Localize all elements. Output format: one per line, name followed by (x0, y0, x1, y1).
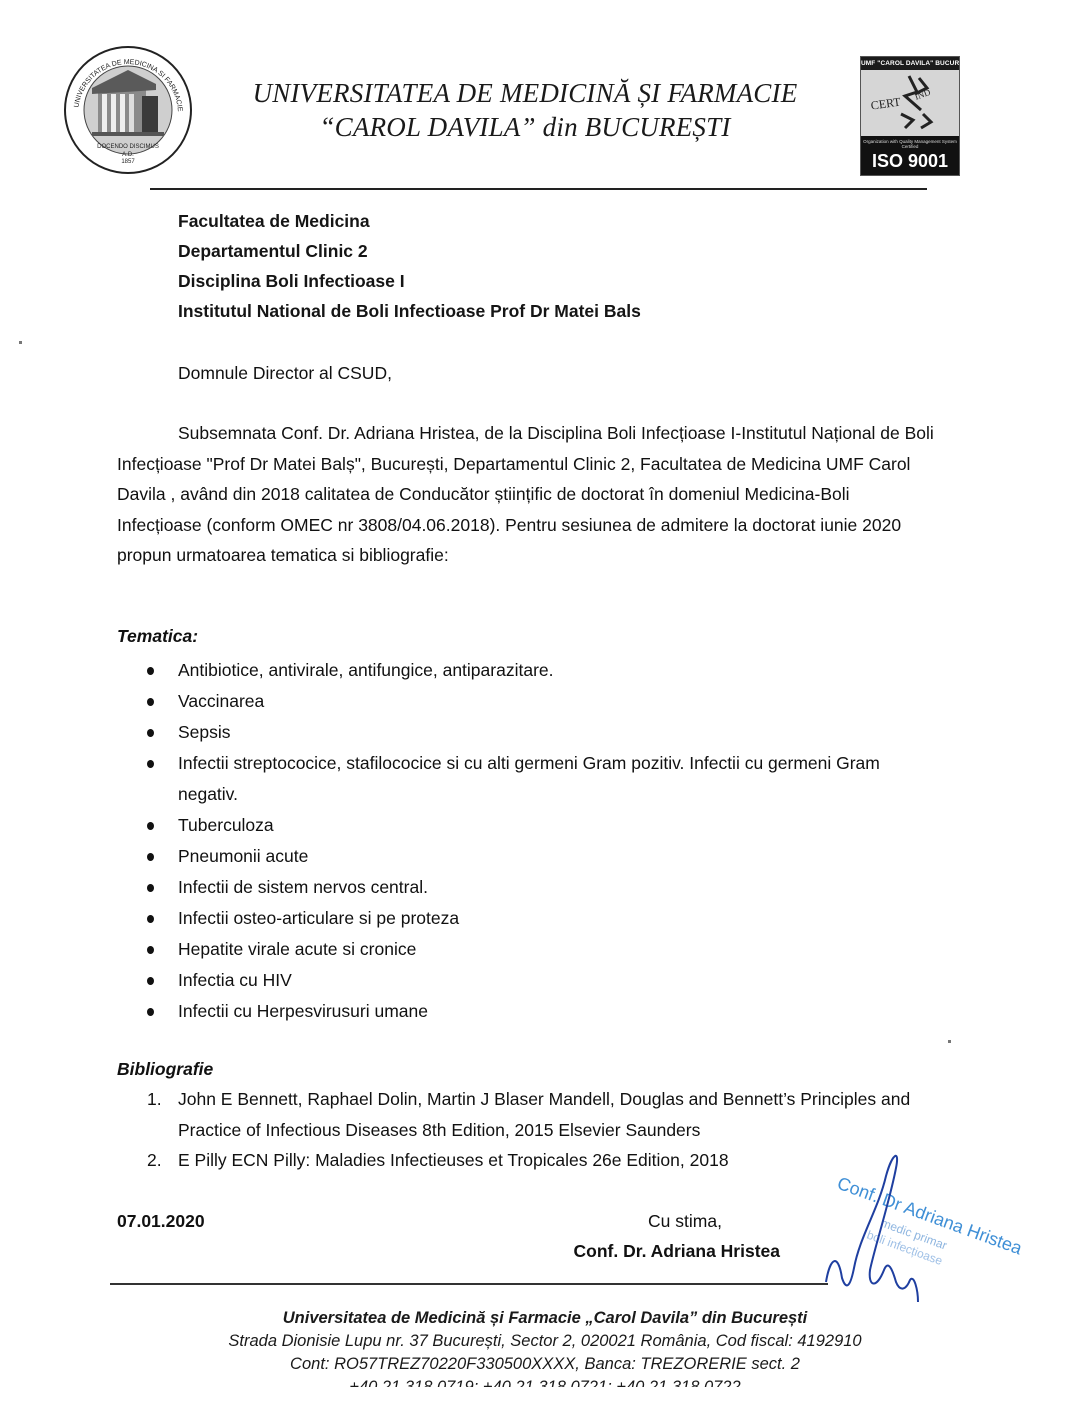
svg-text:DOCENDO DISCIMUS: DOCENDO DISCIMUS (97, 144, 159, 150)
iso-badge-small-text: Organization with Quality Management Sys… (861, 136, 959, 149)
list-item-text: Pneumonii acute (178, 846, 308, 866)
footer-phones: +40.21.318.0719; +40.21.318.0721; +40.21… (120, 1376, 970, 1387)
list-item-text: Infectia cu HIV (178, 970, 292, 990)
bullet-icon (147, 915, 154, 923)
iso-badge-label: ISO 9001 (861, 151, 959, 171)
letter-date: 07.01.2020 (117, 1206, 205, 1236)
bullet-icon (147, 946, 154, 954)
affiliation-block: Facultatea de Medicina Departamentul Cli… (178, 206, 641, 326)
footer-institution: Universitatea de Medicină și Farmacie „C… (120, 1307, 970, 1330)
list-item-text: Infectii de sistem nervos central. (178, 877, 428, 897)
footer-account: Cont: RO57TREZ70220F330500XXXX, Banca: T… (120, 1353, 970, 1376)
bullet-icon (147, 729, 154, 737)
list-item-text: Sepsis (178, 722, 231, 742)
signer-name: Conf. Dr. Adriana Hristea (560, 1236, 780, 1266)
svg-text:1857: 1857 (121, 159, 135, 165)
iso-badge-bottom: Organization with Quality Management Sys… (861, 136, 959, 175)
list-item: Infectii osteo-articulare si pe proteza (147, 903, 937, 934)
reference-number: 1. (147, 1084, 162, 1115)
iso-badge-top-text: UMF "CAROL DAVILA" BUCURESTI (861, 57, 959, 70)
bullet-icon (147, 822, 154, 830)
list-item: Infectii de sistem nervos central. (147, 872, 937, 903)
tematica-list: Antibiotice, antivirale, antifungice, an… (147, 655, 937, 1027)
scan-speck (19, 341, 22, 344)
university-title: UNIVERSITATEA DE MEDICINĂ ȘI FARMACIE “C… (200, 76, 850, 144)
body-paragraph-text: Subsemnata Conf. Dr. Adriana Hristea, de… (117, 423, 934, 565)
bullet-icon (147, 667, 154, 675)
cert-ind-logo-icon: CERT IND (861, 70, 959, 136)
bullet-icon (147, 760, 154, 768)
scan-speck (948, 1040, 951, 1043)
list-item-text: Infectii cu Herpesvirusuri umane (178, 1001, 428, 1021)
affiliation-department: Departamentul Clinic 2 (178, 236, 641, 266)
affiliation-institute: Institutul National de Boli Infectioase … (178, 296, 641, 326)
list-item: Infectia cu HIV (147, 965, 937, 996)
list-item-text: Vaccinarea (178, 691, 264, 711)
affiliation-discipline: Disciplina Boli Infectioase I (178, 266, 641, 296)
list-item: Tuberculoza (147, 810, 937, 841)
reference-item: 1.John E Bennett, Raphael Dolin, Martin … (147, 1084, 937, 1145)
reference-text: John E Bennett, Raphael Dolin, Martin J … (178, 1089, 910, 1140)
body-paragraph: Subsemnata Conf. Dr. Adriana Hristea, de… (117, 418, 937, 571)
svg-text:CERT: CERT (870, 94, 902, 112)
reference-number: 2. (147, 1145, 162, 1176)
closing-block: Cu stima, Conf. Dr. Adriana Hristea (560, 1206, 780, 1266)
bullet-icon (147, 698, 154, 706)
footer-divider (110, 1283, 828, 1285)
university-title-line1: UNIVERSITATEA DE MEDICINĂ ȘI FARMACIE (200, 76, 850, 110)
reference-text: E Pilly ECN Pilly: Maladies Infectieuses… (178, 1150, 729, 1170)
list-item: Pneumonii acute (147, 841, 937, 872)
bibliografie-heading: Bibliografie (117, 1054, 213, 1084)
list-item: Hepatite virale acute si cronice (147, 934, 937, 965)
list-item: Infectii streptococice, stafilococice si… (147, 748, 937, 810)
iso-9001-badge: UMF "CAROL DAVILA" BUCURESTI CERT IND Or… (860, 56, 960, 176)
svg-text:A.D.: A.D. (122, 152, 134, 158)
tematica-heading: Tematica: (117, 621, 198, 651)
bullet-icon (147, 1008, 154, 1016)
list-item-text: Infectii osteo-articulare si pe proteza (178, 908, 459, 928)
list-item-text: Tuberculoza (178, 815, 274, 835)
bullet-icon (147, 977, 154, 985)
list-item: Sepsis (147, 717, 937, 748)
university-seal-icon: DOCENDO DISCIMUS A.D. 1857 UNIVERSITATEA… (62, 44, 194, 176)
list-item: Antibiotice, antivirale, antifungice, an… (147, 655, 937, 686)
university-title-line2: “CAROL DAVILA” din BUCUREȘTI (200, 110, 850, 144)
bullet-icon (147, 884, 154, 892)
list-item: Vaccinarea (147, 686, 937, 717)
list-item-text: Antibiotice, antivirale, antifungice, an… (178, 660, 554, 680)
header-divider (150, 188, 927, 190)
closing-text: Cu stima, (560, 1206, 780, 1236)
affiliation-faculty: Facultatea de Medicina (178, 206, 641, 236)
stamp-and-signature: Conf. Dr Adriana Hristea medic primar bo… (800, 1140, 1040, 1320)
page-footer: Universitatea de Medicină și Farmacie „C… (120, 1307, 970, 1387)
footer-address: Strada Dionisie Lupu nr. 37 București, S… (120, 1330, 970, 1353)
list-item-text: Hepatite virale acute si cronice (178, 939, 416, 959)
bullet-icon (147, 853, 154, 861)
list-item: Infectii cu Herpesvirusuri umane (147, 996, 937, 1027)
list-item-text: Infectii streptococice, stafilococice si… (178, 753, 880, 804)
salutation: Domnule Director al CSUD, (178, 358, 392, 388)
